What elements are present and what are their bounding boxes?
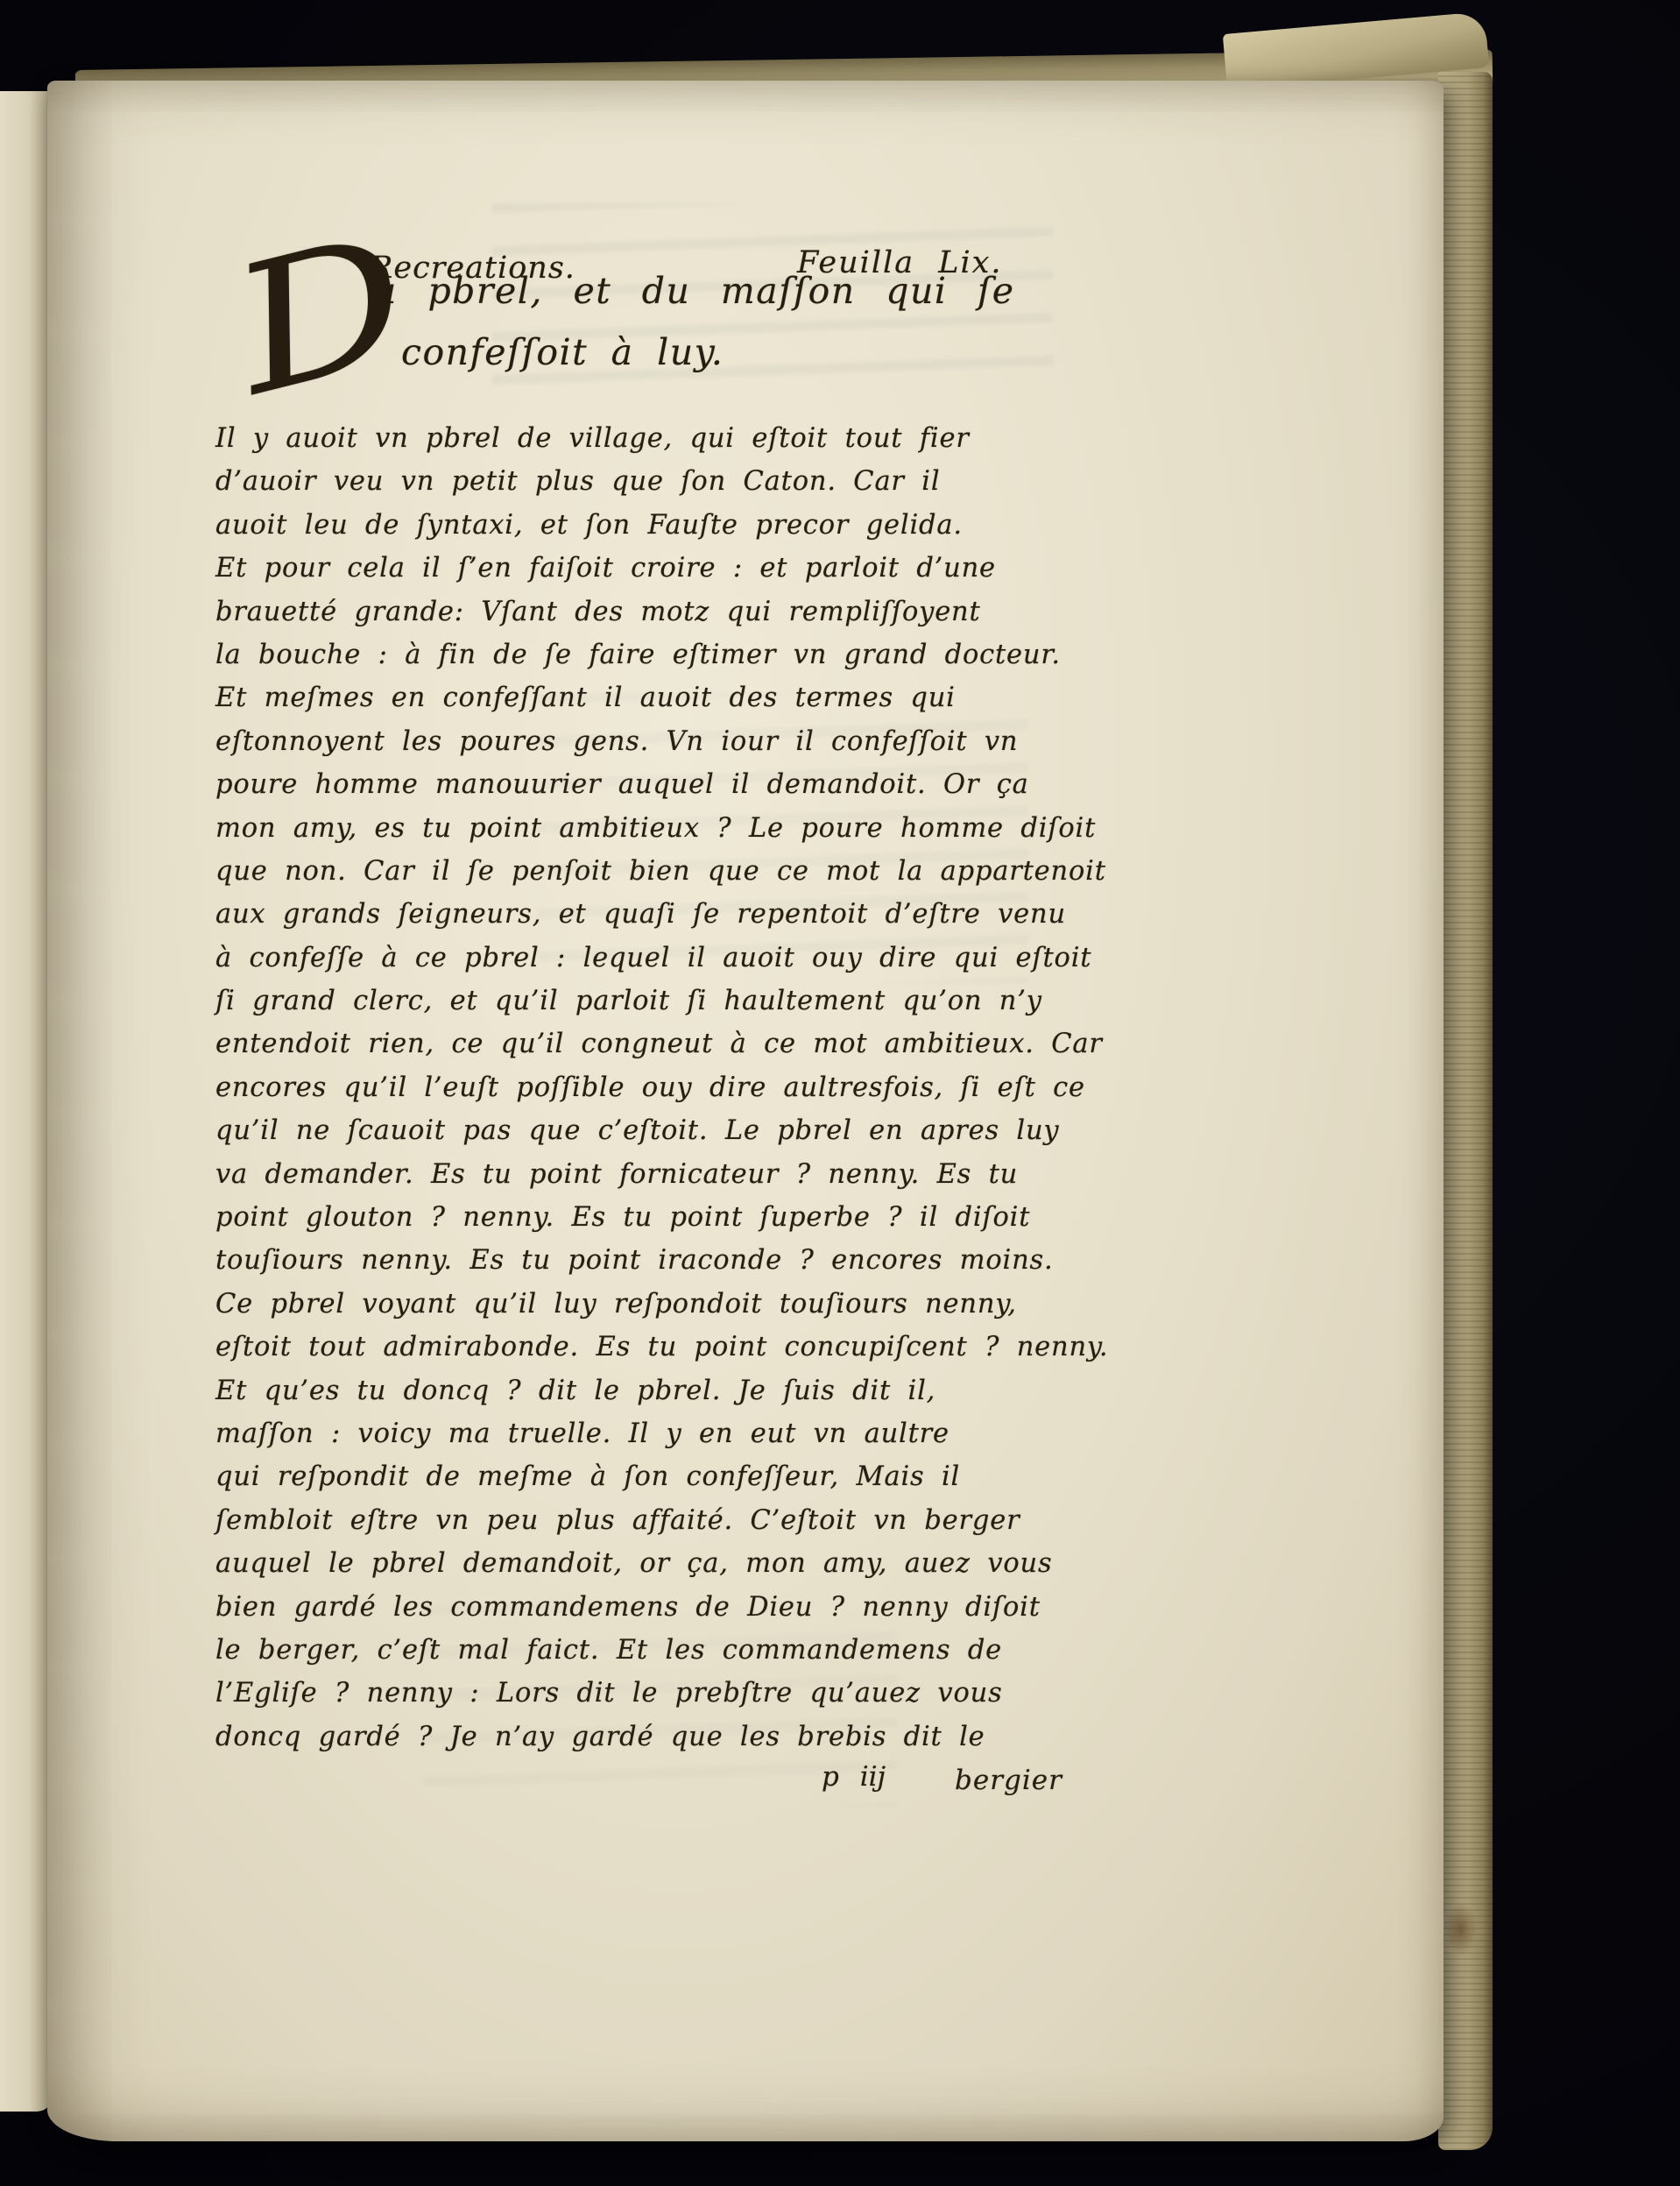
body-line: auoit leu de ſyntaxi, et ſon Fauſte prec… xyxy=(215,504,1161,547)
body-line: Ce pbrel voyant qu’il luy reſpondoit tou… xyxy=(215,1283,1161,1326)
body-line: qu’il ne ſcauoit pas que c’eſtoit. Le pb… xyxy=(215,1109,1161,1152)
body-line: que non. Car il ſe penſoit bien que ce m… xyxy=(215,850,1161,893)
body-line: la bouche : à fin de ſe faire eſtimer vn… xyxy=(215,633,1161,676)
body-line: aux grands ſeigneurs, et quaſi ſe repent… xyxy=(215,893,1161,936)
chapter-title-line1: u pbrel, et du maſſon qui ſe xyxy=(373,270,1014,312)
fore-edge-stain xyxy=(1444,1903,1479,1956)
page-scan: Recreations. Feuilla Lix. D u pbrel, et … xyxy=(47,81,1444,2141)
body-line: brauetté grande: Vſant des motz qui remp… xyxy=(215,591,1161,633)
body-line: va demander. Es tu point fornicateur ? n… xyxy=(215,1153,1161,1196)
body-line: le berger, c’eſt mal faict. Et les comma… xyxy=(215,1629,1161,1672)
body-line: encores qu’il l’euſt poſſible ouy dire a… xyxy=(215,1066,1161,1109)
body-line: Et pour cela il ſ’en faiſoit croire : et… xyxy=(215,547,1161,590)
body-line: d’auoir veu vn petit plus que ſon Caton.… xyxy=(215,460,1161,503)
body-line: mon amy, es tu point ambitieux ? Le pour… xyxy=(215,807,1161,850)
body-line: Et meſmes en confeſſant il auoit des ter… xyxy=(215,676,1161,719)
catchword: bergier xyxy=(955,1765,1062,1796)
drop-cap-initial: D xyxy=(219,210,425,421)
body-line: Il y auoit vn pbrel de village, qui eſto… xyxy=(215,417,1161,460)
body-line: point glouton ? nenny. Es tu point ſuper… xyxy=(215,1196,1161,1239)
fore-edge-page-stack xyxy=(1438,72,1493,2150)
body-line: l’Egliſe ? nenny : Lors dit le prebſtre … xyxy=(215,1672,1161,1715)
body-text: Il y auoit vn pbrel de village, qui eſto… xyxy=(215,417,1161,1758)
body-line: entendoit rien, ce qu’il congneut à ce m… xyxy=(215,1022,1161,1065)
body-line: touſiours nenny. Es tu point iraconde ? … xyxy=(215,1239,1161,1282)
body-line: doncq gardé ? Je n’ay gardé que les breb… xyxy=(215,1716,1161,1758)
body-line: eſtoit tout admirabonde. Es tu point con… xyxy=(215,1326,1161,1369)
body-line: à confeſſe à ce pbrel : lequel il auoit … xyxy=(215,937,1161,980)
body-line: Et qu’es tu doncq ? dit le pbrel. Je ſui… xyxy=(215,1369,1161,1412)
body-line: qui reſpondit de meſme à ſon confeſſeur,… xyxy=(215,1455,1161,1498)
signature-mark: p iij xyxy=(822,1761,886,1793)
body-line: bien gardé les commandemens de Dieu ? ne… xyxy=(215,1586,1161,1629)
body-line: eſtonnoyent les poures gens. Vn iour il … xyxy=(215,720,1161,763)
book-photograph: Recreations. Feuilla Lix. D u pbrel, et … xyxy=(0,0,1680,2186)
body-line: auquel le pbrel demandoit, or ça, mon am… xyxy=(215,1542,1161,1585)
body-line: poure homme manouurier auquel il demando… xyxy=(215,763,1161,806)
body-line: ſembloit eſtre vn peu plus affaité. C’eſ… xyxy=(215,1499,1161,1542)
left-page-edge xyxy=(0,91,53,2112)
chapter-title-line2: confeſſoit à luy. xyxy=(401,331,724,373)
body-line: maſſon : voicy ma truelle. Il y en eut v… xyxy=(215,1412,1161,1455)
body-line: ſi grand clerc, et qu’il parloit ſi haul… xyxy=(215,980,1161,1022)
